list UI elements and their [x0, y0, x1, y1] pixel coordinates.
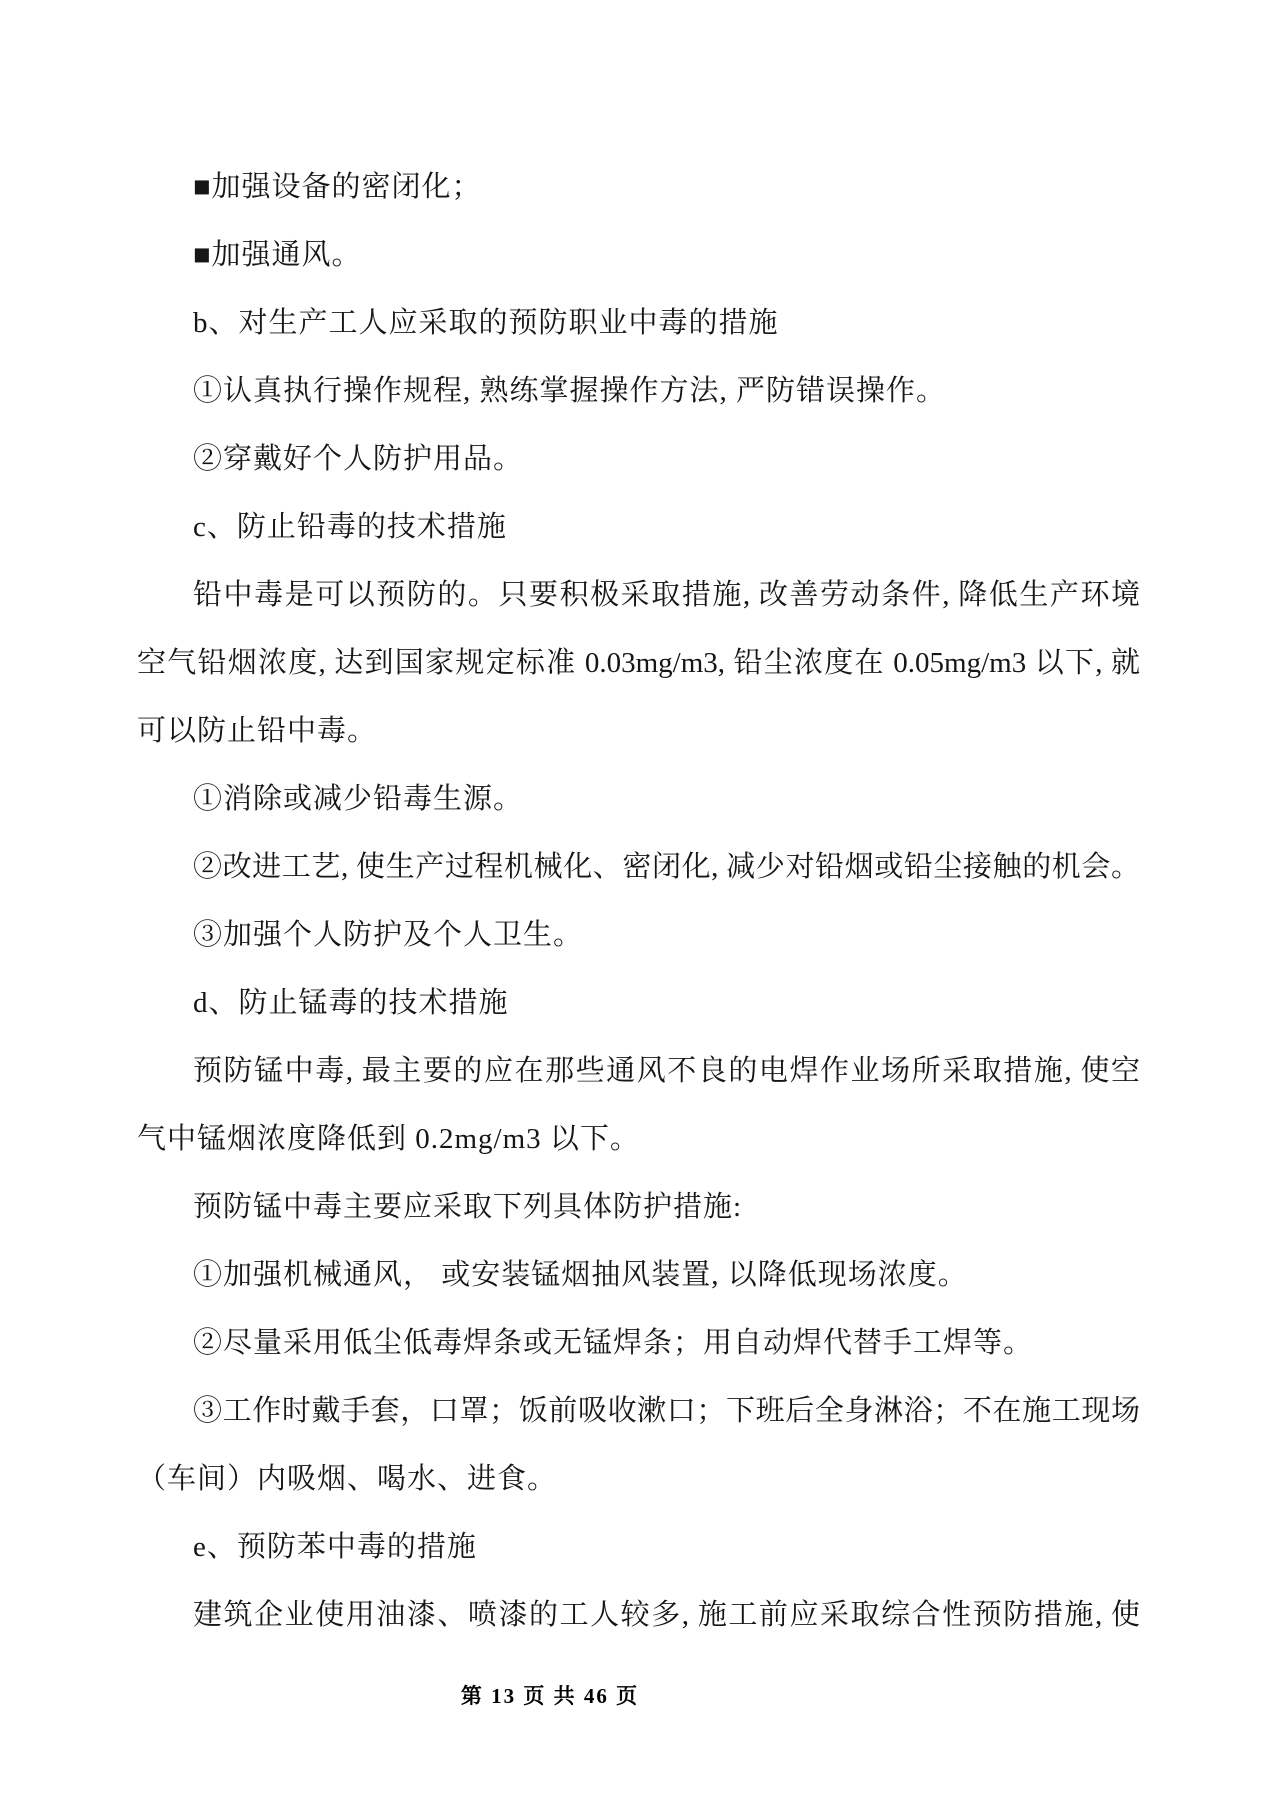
document-page: ■加强设备的密闭化；■加强通风。b、对生产工人应采取的预防职业中毒的措施①认真执… [0, 0, 1280, 1810]
text-line: 建筑企业使用油漆、喷漆的工人较多, 施工前应采取综合性预防措施, 使 [137, 1581, 1140, 1649]
text-line: ②改进工艺, 使生产过程机械化、密闭化, 减少对铅烟或铅尘接触的机会。 [137, 833, 1140, 901]
text-line: ①加强机械通风， 或安装锰烟抽风装置, 以降低现场浓度。 [137, 1241, 1140, 1309]
text-line: ■加强设备的密闭化； [137, 153, 1140, 221]
text-line: 预防锰中毒主要应采取下列具体防护措施: [137, 1173, 1140, 1241]
text-line: d、防止锰毒的技术措施 [137, 969, 1140, 1037]
text-line: ③加强个人防护及个人卫生。 [137, 901, 1140, 969]
text-line: 预防锰中毒, 最主要的应在那些通风不良的电焊作业场所采取措施, 使空 [137, 1037, 1140, 1105]
text-line: ①认真执行操作规程, 熟练掌握操作方法, 严防错误操作。 [137, 357, 1140, 425]
text-line: 可以防止铅中毒。 [137, 697, 1140, 765]
text-line: ①消除或减少铅毒生源。 [137, 765, 1140, 833]
text-line: （车间）内吸烟、喝水、进食。 [137, 1445, 1140, 1513]
text-line: ②穿戴好个人防护用品。 [137, 425, 1140, 493]
text-line: c、防止铅毒的技术措施 [137, 493, 1140, 561]
text-line: ③工作时戴手套，口罩；饭前吸收漱口；下班后全身淋浴；不在施工现场 [137, 1377, 1140, 1445]
text-line: b、对生产工人应采取的预防职业中毒的措施 [137, 289, 1140, 357]
document-body: ■加强设备的密闭化；■加强通风。b、对生产工人应采取的预防职业中毒的措施①认真执… [137, 153, 1140, 1649]
page-footer: 第 13 页 共 46 页 [0, 1680, 1100, 1710]
text-line: ■加强通风。 [137, 221, 1140, 289]
text-line: 气中锰烟浓度降低到 0.2mg/m3 以下。 [137, 1105, 1140, 1173]
text-line: 空气铅烟浓度, 达到国家规定标准 0.03mg/m3, 铅尘浓度在 0.05mg… [137, 629, 1140, 697]
text-line: e、预防苯中毒的措施 [137, 1513, 1140, 1581]
text-line: ②尽量采用低尘低毒焊条或无锰焊条；用自动焊代替手工焊等。 [137, 1309, 1140, 1377]
text-line: 铅中毒是可以预防的。只要积极采取措施, 改善劳动条件, 降低生产环境 [137, 561, 1140, 629]
